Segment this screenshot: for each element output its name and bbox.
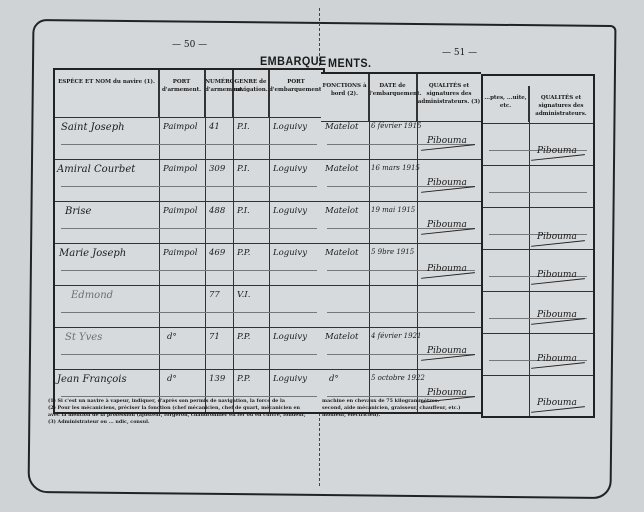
footnote-2-cont: second, aide mécanicien, graisseur, chau… xyxy=(322,405,482,412)
administrator-signature: Pibouma xyxy=(427,220,467,230)
genre: P.I. xyxy=(237,164,250,174)
port-embarquement: Loguivy xyxy=(273,206,307,216)
footnote-2b: avec la mention de la profession (ajuste… xyxy=(48,412,318,419)
fonction: Matelot xyxy=(325,122,358,132)
genre: P.P. xyxy=(237,332,250,342)
numero: 309 xyxy=(209,164,225,174)
date-embarquement: 16 mars 1915 xyxy=(371,164,420,172)
right-register-table: FONCTIONS à bord (2). DATE de l'embarque… xyxy=(321,72,481,414)
table-row: Edmond 77 V.I. xyxy=(55,286,323,328)
table-row: Pibouma xyxy=(483,334,593,376)
administrator-signature: Pibouma xyxy=(427,136,467,146)
port-embarquement: Loguivy xyxy=(273,122,307,132)
ship-name: Saint Joseph xyxy=(61,122,125,133)
administrator-signature: Pibouma xyxy=(427,346,467,356)
table-row: Brise Paimpol 488 P.I. Loguivy xyxy=(55,202,323,244)
genre: P.P. xyxy=(237,374,250,384)
table-row: Pibouma xyxy=(483,292,593,334)
left-register-table: ESPÈCE ET NOM du navire (1). PORT d'arme… xyxy=(53,68,325,414)
administrator-signature: Pibouma xyxy=(537,270,577,280)
header-date: DATE de l'embarquement. xyxy=(369,74,417,121)
port-armement: Paimpol xyxy=(163,122,197,132)
table-row: Matelot 4 février 1921 Pibouma xyxy=(321,328,481,370)
administrator-signature: Pibouma xyxy=(537,310,577,320)
header-genre: GENRE de navigation. xyxy=(233,70,269,117)
ship-name: Brise xyxy=(65,206,91,217)
numero: 71 xyxy=(209,332,220,342)
port-embarquement: Loguivy xyxy=(273,332,307,342)
administrator-signature: Pibouma xyxy=(427,178,467,188)
footnote-2b-cont: mouleur, électricien). xyxy=(322,412,482,419)
administrator-signature: Pibouma xyxy=(537,354,577,364)
administrator-signature: Pibouma xyxy=(427,388,467,398)
footnote-1: (1) Si c'est un navire à vapeur, indique… xyxy=(48,398,318,405)
numero: 77 xyxy=(209,290,220,300)
header-espece: ESPÈCE ET NOM du navire (1). xyxy=(55,70,159,117)
page-number-right: — 51 — xyxy=(442,48,477,58)
divers-table: ...ptes, ...uite, etc. QUALITÉS et signa… xyxy=(481,74,595,418)
table-row xyxy=(483,166,593,208)
port-embarquement: Loguivy xyxy=(273,164,307,174)
numero: 488 xyxy=(209,206,225,216)
table-row: Marie Joseph Paimpol 469 P.P. Loguivy xyxy=(55,244,323,286)
header-suite: ...ptes, ...uite, etc. xyxy=(483,86,529,122)
table-row xyxy=(321,286,481,328)
port-armement: d° xyxy=(167,332,177,342)
table-row: Matelot 19 mai 1915 Pibouma xyxy=(321,202,481,244)
port-armement: d° xyxy=(167,374,177,384)
ship-name: St Yves xyxy=(65,332,102,343)
table-row: Matelot 6 février 1915 Pibouma xyxy=(321,118,481,160)
date-embarquement: 6 février 1915 xyxy=(371,122,421,130)
table-row: Pibouma xyxy=(483,124,593,166)
date-embarquement: 5 octobre 1922 xyxy=(371,374,425,382)
genre: P.I. xyxy=(237,206,250,216)
footnote-3: (3) Administrateur ou ... ndic, consul. xyxy=(48,419,318,426)
port-embarquement: Loguivy xyxy=(273,374,307,384)
fonction: Matelot xyxy=(325,332,358,342)
footnotes-left: (1) Si c'est un navire à vapeur, indique… xyxy=(48,398,318,426)
table-row: Pibouma xyxy=(483,208,593,250)
title-right: MENTS. xyxy=(328,56,372,70)
table-row: Amiral Courbet Paimpol 309 P.I. Loguivy xyxy=(55,160,323,202)
port-armement: Paimpol xyxy=(163,248,197,258)
numero: 139 xyxy=(209,374,225,384)
fonction: d° xyxy=(329,374,339,384)
ship-name: Edmond xyxy=(71,290,113,301)
header-qualites-admin: QUALITÉS et signatures des administrateu… xyxy=(529,86,593,122)
fonction: Matelot xyxy=(325,206,358,216)
footnotes-right: machine en chevaux de 75 kilogrammètres.… xyxy=(322,398,482,419)
page-number-left: — 50 — xyxy=(172,40,207,50)
ship-name: Marie Joseph xyxy=(59,248,126,259)
header-numero: NUMÉRO d'armement. xyxy=(205,70,233,117)
date-embarquement: 5 9bre 1915 xyxy=(371,248,414,256)
table-row: Matelot 16 mars 1915 Pibouma xyxy=(321,160,481,202)
ship-name: Jean François xyxy=(57,374,127,385)
administrator-signature: Pibouma xyxy=(537,398,577,408)
administrator-signature: Pibouma xyxy=(537,146,577,156)
table-row: Pibouma xyxy=(483,250,593,292)
header-qualites: QUALITÉS et signatures des administrateu… xyxy=(417,74,481,121)
footnote-1-cont: machine en chevaux de 75 kilogrammètres. xyxy=(322,398,482,405)
table-row: Pibouma xyxy=(483,376,593,417)
genre: V.I. xyxy=(237,290,250,300)
table-row: St Yves d° 71 P.P. Loguivy xyxy=(55,328,323,370)
port-armement: Paimpol xyxy=(163,206,197,216)
genre: P.I. xyxy=(237,122,250,132)
port-embarquement: Loguivy xyxy=(273,248,307,258)
fonction: Matelot xyxy=(325,164,358,174)
table-row: Saint Joseph Paimpol 41 P.I. Loguivy xyxy=(55,118,323,160)
numero: 469 xyxy=(209,248,225,258)
numero: 41 xyxy=(209,122,220,132)
administrator-signature: Pibouma xyxy=(537,232,577,242)
ship-name: Amiral Courbet xyxy=(57,164,135,175)
footnote-2: (2) Pour les mécaniciens, préciser la fo… xyxy=(48,405,318,412)
header-port-armement: PORT d'armement. xyxy=(159,70,205,117)
table-row: Matelot 5 9bre 1915 Pibouma xyxy=(321,244,481,286)
header-port-embarquement: PORT d'embarquement. xyxy=(269,70,323,117)
administrator-signature: Pibouma xyxy=(427,264,467,274)
date-embarquement: 4 février 1921 xyxy=(371,332,421,340)
genre: P.P. xyxy=(237,248,250,258)
fonction: Matelot xyxy=(325,248,358,258)
date-embarquement: 19 mai 1915 xyxy=(371,206,415,214)
header-fonctions: FONCTIONS à bord (2). xyxy=(321,74,369,121)
title-left: EMBARQUE xyxy=(260,54,327,68)
port-armement: Paimpol xyxy=(163,164,197,174)
